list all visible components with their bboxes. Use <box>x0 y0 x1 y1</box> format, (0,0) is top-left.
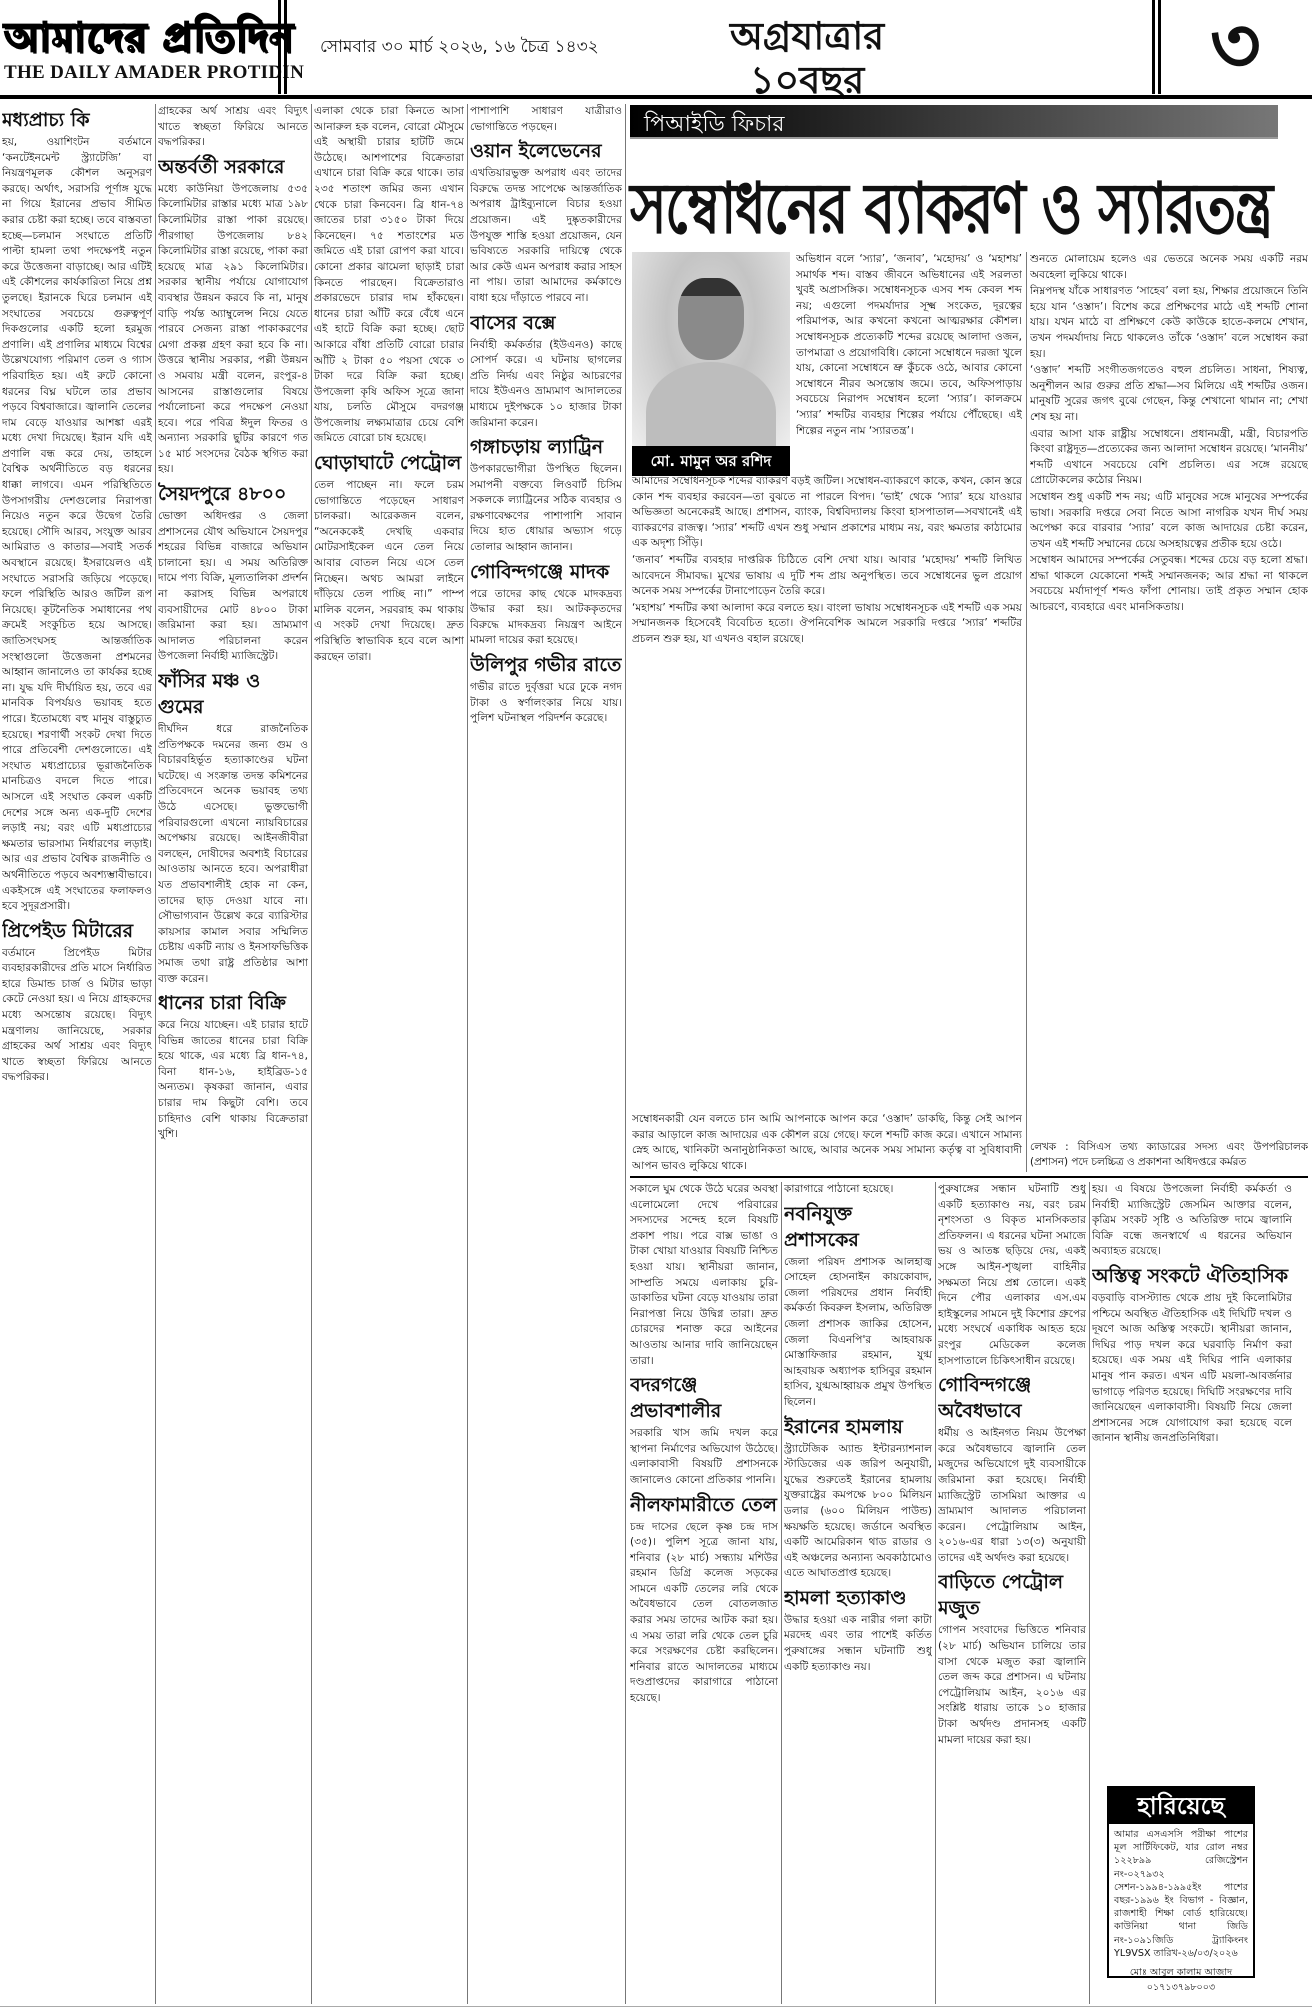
article-text: এখতিয়ারভুক্ত অপরাধ এবং তাদের বিরুদ্ধে ত… <box>470 166 622 306</box>
page-number: ৩ <box>1210 4 1261 88</box>
column-divider <box>155 104 156 2004</box>
issue-date: সোমবার ৩০ মার্চ ২০২৬, ১৬ চৈত্র ১৪৩২ <box>320 34 599 62</box>
masthead: আমাদের প্রতিদিন THE DAILY AMADER PROTIDI… <box>0 0 1312 102</box>
news-column-g: পুরুষাঙ্গের সন্ধান ঘটনাটি শুধু একটি হত্য… <box>938 1182 1086 2004</box>
article-text: সরকারি খাস জমি দখল করে স্থাপনা নির্মাণের… <box>630 1426 778 1488</box>
article-text: চন্দ্র দাসের ছেলে কৃষ্ণ চন্দ্র দাস (৩৫)।… <box>630 1520 778 1707</box>
lost-notice-title: হারিয়েছে <box>1109 1788 1253 1824</box>
section-heading: ঘোড়াঘাটে পেট্রোল <box>314 450 464 476</box>
section-heading: অন্তর্বর্তী সরকারে <box>158 154 308 180</box>
article-text: কারাগারে পাঠানো হয়েছে। <box>784 1182 932 1198</box>
news-column-c: এলাকা থেকে চারা কিনতে আসা আনারুল হক বলেন… <box>314 104 464 2004</box>
news-column-e: সকালে ঘুম থেকে উঠে ঘরের অবস্থা এলোমেলো দ… <box>630 1182 778 2004</box>
article-text: নিম্নপদস্থ যাঁকে সাধারণত ‘সাহেব’ বলা হয়… <box>1030 284 1308 362</box>
article-text: পাশাপাশি সাধারণ যাত্রীরাও ভোগান্তিতে পড়… <box>470 104 622 135</box>
news-column-b: গ্রাহকের অর্থ সাশ্রয় এবং বিদ্যুৎ খাতে স… <box>158 104 308 2004</box>
author-caption: মো. মামুন অর রশিদ <box>632 446 790 476</box>
masthead-divider <box>284 0 287 94</box>
masthead-divider <box>278 0 281 94</box>
article-text: ‘ওস্তাদ’ শব্দটি সংগীতজগতেও বহুল প্রচলিত।… <box>1030 363 1308 425</box>
column-divider <box>1026 252 1027 1172</box>
section-heading: উলিপুর গভীর রাতে <box>470 652 622 678</box>
article-text: নির্বাহী কর্মকর্তার (ইউএনও) কাছে সোপর্দ … <box>470 338 622 432</box>
anniversary-badge: অগ্রযাত্রার ১০বছর <box>730 14 884 102</box>
section-heading: বাড়িতে পেট্রোল মজুত <box>938 1569 1086 1621</box>
article-text: এলাকা থেকে চারা কিনতে আসা আনারুল হক বলেন… <box>314 104 464 447</box>
section-heading: ফাঁসির মঞ্চ ও গুমের <box>158 668 308 720</box>
section-heading: গোবিন্দগঞ্জে অবৈধভাবে <box>938 1372 1086 1424</box>
masthead-divider <box>1158 0 1161 94</box>
article-text: গোপন সংবাদের ভিত্তিতে শনিবার (২৮ মার্চ) … <box>938 1623 1086 1748</box>
feature-column-1: আমাদের সম্বোধনসূচক শব্দের ব্যাকরণ বড়ই জ… <box>632 474 1022 1114</box>
section-heading: ধানের চারা বিক্রি <box>158 990 308 1016</box>
article-text: অভিধান বলে ‘স্যার’, ‘জনাব’, ‘মহোদয়’ ও ‘… <box>796 252 1022 439</box>
column-divider <box>625 104 626 2004</box>
article-text: মধ্যে কাউনিয়া উপজেলায় ৫৩৫ কিলোমিটার রা… <box>158 182 308 478</box>
article-text: গভীর রাতে দুর্বৃত্তরা ঘরে ঢুকে নগদ টাকা … <box>470 680 622 727</box>
section-heading: বাসের বক্সে <box>470 310 622 336</box>
column-divider <box>1089 1182 1090 2004</box>
lost-notice-body: আমার এসএসসি পরীক্ষা পাশের মূল সার্টিফিকে… <box>1109 1824 1253 1964</box>
article-text: দীর্ঘদিন ধরে রাজনৈতিক প্রতিপক্ষকে দমনের … <box>158 722 308 987</box>
column-divider <box>935 1182 936 2004</box>
section-heading: গোবিন্দগঞ্জে মাদক <box>470 559 622 585</box>
article-text: বর্তমানে প্রিপেইড মিটার ব্যবহারকারীদের প… <box>2 946 152 1086</box>
article-text: ‘মহাশয়’ শব্দটির কথা আলাদা করে বলতে হয়।… <box>632 601 1022 648</box>
section-heading: অস্তিত্ব সংকটে ঐতিহাসিক <box>1092 1263 1292 1289</box>
article-text: হয়। এ বিষয়ে উপজেলা নির্বাহী কর্মকর্তা … <box>1092 1182 1292 1260</box>
author-photo <box>632 252 790 446</box>
article-text: ‘জনাব’ শব্দটির ব্যবহার দাপ্তরিক চিঠিতে ব… <box>632 553 1022 600</box>
article-text: সম্বোধন শুধু একটি শব্দ নয়; এটি মানুষের … <box>1030 490 1308 552</box>
news-column-f: কারাগারে পাঠানো হয়েছে। নবনিযুক্ত প্রশাস… <box>784 1182 932 2004</box>
lost-notice-ad: হারিয়েছে আমার এসএসসি পরীক্ষা পাশের মূল … <box>1107 1786 1255 1978</box>
article-text: ভোক্তা অধিদপ্তর ও জেলা প্রশাসনের যৌথ অভি… <box>158 509 308 665</box>
article-text: সম্বোধন আমাদের সম্পর্কের সেতুবন্ধ। শব্দে… <box>1030 553 1308 615</box>
section-heading: ওয়ান ইলেভেনের <box>470 138 622 164</box>
section-heading: বদরগঞ্জে প্রভাবশালীর <box>630 1372 778 1424</box>
section-heading: গঙ্গাচড়ায় ল্যাট্রিন <box>470 434 622 460</box>
column-divider <box>781 1182 782 2004</box>
section-heading: মধ্যপ্রাচ্য কি <box>2 107 152 133</box>
lost-notice-signer: মোঃ আবুল কালাম আজাদ <box>1109 1966 1253 1979</box>
article-text: শুনতে মোলায়েম হলেও এর ভেতরে অনেক সময় এ… <box>1030 252 1308 283</box>
feature-column-2: শুনতে মোলায়েম হলেও এর ভেতরে অনেক সময় এ… <box>1030 252 1308 1112</box>
writer-note: লেখক : বিসিএস তথ্য ক্যাডারের সদস্য এবং উ… <box>1030 1140 1308 1174</box>
article-text: পুরুষাঙ্গের সন্ধান ঘটনাটি শুধু একটি হত্য… <box>938 1182 1086 1369</box>
section-heading: প্রিপেইড মিটারের <box>2 918 152 944</box>
article-text: পরে তাদের কাছ থেকে মাদকদ্রব্য উদ্ধার করা… <box>470 587 622 649</box>
section-heading: সৈয়দপুরে ৪৮০০ <box>158 481 308 507</box>
article-text: করে নিয়ে যাচ্ছেন। এই চারার হাটে বিভিন্ন… <box>158 1018 308 1143</box>
article-text: উদ্ধার হওয়া এক নারীর গলা কাটা মরদেহ এবং… <box>784 1613 932 1675</box>
section-heading: নবনিযুক্ত প্রশাসকের <box>784 1201 932 1253</box>
news-column-a: মধ্যপ্রাচ্য কি হয়, ওয়াশিংটন বর্তমানে ‘… <box>2 104 152 2004</box>
feature-section-band: পিআইডি ফিচার <box>630 105 1278 139</box>
section-heading: নীলফামারীতে তেল <box>630 1492 778 1518</box>
article-text: ধর্মীয় ও আইনগত নিয়ম উপেক্ষা করে অবৈধভা… <box>938 1426 1086 1566</box>
feature-bottom-rule <box>630 1176 1308 1178</box>
section-heading: ইরানের হামলায় <box>784 1414 932 1440</box>
column-divider <box>467 104 468 2004</box>
newspaper-logo-english: THE DAILY AMADER PROTIDIN <box>4 62 304 84</box>
article-text: জেলা পরিষদ প্রশাসক আলহাজ্ব সোহেল হোসনাইন… <box>784 1255 932 1411</box>
column-divider <box>311 104 312 2004</box>
article-text: এবার আসা যাক রাষ্ট্রীয় সম্বোধনে। প্রধান… <box>1030 427 1308 489</box>
section-heading: হামলা হত্যাকাণ্ড <box>784 1585 932 1611</box>
lost-notice-phone: ০১৭১৩৭৯৮০০৩ <box>1109 1981 1253 1994</box>
news-column-h: হয়। এ বিষয়ে উপজেলা নির্বাহী কর্মকর্তা … <box>1092 1182 1292 1780</box>
article-text: সকালে ঘুম থেকে উঠে ঘরের অবস্থা এলোমেলো দ… <box>630 1182 778 1369</box>
feature-column-1-top: অভিধান বলে ‘স্যার’, ‘জনাব’, ‘মহোদয়’ ও ‘… <box>796 252 1022 470</box>
page-bottom-rule <box>0 2006 1312 2007</box>
writer-note-text: লেখক : বিসিএস তথ্য ক্যাডারের সদস্য এবং উ… <box>1030 1140 1308 1170</box>
article-text: স্ট্র্যাটেজিক অ্যান্ড ইন্টারন্যাশনাল স্ট… <box>784 1442 932 1582</box>
article-text: হয়, ওয়াশিংটন বর্তমানে ‘কনটেইনমেন্ট স্ট… <box>2 135 152 915</box>
news-column-d: পাশাপাশি সাধারণ যাত্রীরাও ভোগান্তিতে পড়… <box>470 104 622 2004</box>
masthead-rule <box>0 95 1312 99</box>
anniversary-line-1: অগ্রযাত্রার <box>730 14 884 58</box>
article-text: উপকারভোগীরা উপস্থিত ছিলেন। সমাপনী বক্তব্… <box>470 462 622 556</box>
article-text: তেল পাচ্ছেন না। ফলে চরম ভোগান্তিতে পড়েছ… <box>314 478 464 665</box>
article-text: গ্রাহকের অর্থ সাশ্রয় এবং বিদ্যুৎ খাতে স… <box>158 104 308 151</box>
article-text: সম্বোধনকারী যেন বলতে চান আমি আপনাকে আপন … <box>632 1112 1022 1174</box>
article-text: আমাদের সম্বোধনসূচক শব্দের ব্যাকরণ বড়ই জ… <box>632 474 1022 552</box>
masthead-divider <box>1152 0 1155 94</box>
article-text: বড়বাড়ি বাসস্ট্যান্ড থেকে প্রায় দুই কি… <box>1092 1291 1292 1447</box>
feature-column-1-bottom: সম্বোধনকারী যেন বলতে চান আমি আপনাকে আপন … <box>632 1112 1022 1174</box>
